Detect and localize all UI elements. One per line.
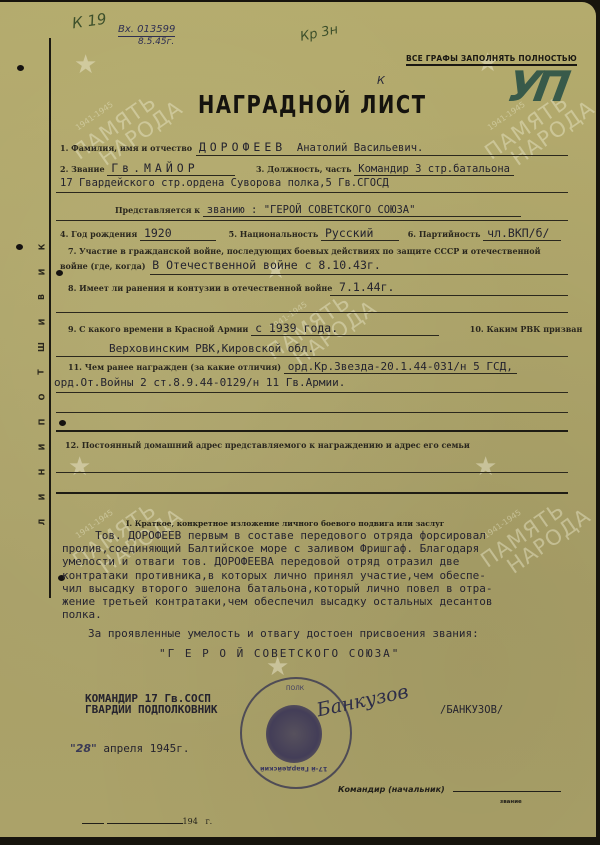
field-wounds: 8. Имеет ли ранения и контузии в отечест… xyxy=(68,280,568,294)
ref-number: Вх. 013599 xyxy=(118,24,175,37)
field-position-continued: 17 Гвардейского стр.ордена Суворова полк… xyxy=(60,177,568,189)
margin-cut-line xyxy=(49,38,51,598)
field-underline xyxy=(196,155,568,156)
position-value: Командир 3 стр.батальона xyxy=(354,163,514,176)
field-full-name: 1. Фамилия, имя и отчество ДОРОФЕЕВ Анат… xyxy=(60,140,568,154)
year-suffix: г. xyxy=(205,817,212,826)
margin-letter: И xyxy=(37,444,47,451)
field-label: 7. Участие в гражданской войне, последую… xyxy=(68,246,541,256)
wounds-value: 7.1.44г. xyxy=(335,280,398,294)
field-label: Представляется к xyxy=(115,205,200,215)
margin-label: К И В И Ш Т О П И Н И Л xyxy=(36,242,48,527)
document-title: НАГРАДНОЙ ЛИСТ xyxy=(198,90,427,119)
ref-date: 8.5.45г. xyxy=(138,37,175,47)
feat-line: чил высадку второго эшелона батальона,ко… xyxy=(62,582,582,595)
signing-day: "28" xyxy=(70,742,97,755)
handwritten-green-mark: УП xyxy=(504,62,568,111)
feat-line: контратаки противника,в которых лично пр… xyxy=(62,569,582,582)
field-underline xyxy=(56,220,568,221)
field-label: 2. Звание xyxy=(60,164,105,174)
watermark-line2: НАРОДА xyxy=(96,97,186,169)
field-underline xyxy=(56,192,568,193)
handwritten-signature: Банкузов xyxy=(315,681,411,722)
signing-date: "28" апреля 1945г. xyxy=(70,742,190,755)
field-underline xyxy=(56,356,568,357)
stamp-emblem-icon xyxy=(266,705,322,763)
margin-letter: И xyxy=(37,319,47,326)
field-label: 1. Фамилия, имя и отчество xyxy=(60,143,192,153)
field-label: 11. Чем ранее награжден (за какие отличи… xyxy=(68,362,281,372)
day-blank xyxy=(82,823,104,824)
watermark-star-icon: ★ xyxy=(68,454,94,480)
section-divider xyxy=(56,430,568,432)
official-stamp: ПОЛК 17-й Гвардейский xyxy=(240,677,352,789)
field-presented-to: Представляется к званию : "ГЕРОЙ СОВЕТСК… xyxy=(115,204,568,217)
field-label: 3. Должность, часть xyxy=(256,164,352,174)
presented-title-value: званию : "ГЕРОЙ СОВЕТСКОГО СОЮЗА" xyxy=(203,204,521,217)
incoming-reference: Вх. 013599 8.5.45г. xyxy=(118,24,175,47)
feat-description: Тов. ДОРОФЕЕВ первым в составе передовог… xyxy=(62,529,582,621)
handwritten-corner-mark: К 19 xyxy=(71,10,108,33)
given-name-value: Анатолий Васильевич. xyxy=(293,142,427,154)
field-label: 9. С какого времени в Красной Армии xyxy=(68,324,248,334)
field-army-since: 9. С какого времени в Красной Армии с 19… xyxy=(68,321,568,336)
margin-letter: Т xyxy=(37,369,47,374)
field-draft-office: Верховинским РВК,Кировской обл. xyxy=(105,342,568,355)
stamp-text-top: ПОЛК xyxy=(286,685,304,692)
month-blank xyxy=(107,823,183,824)
signing-month-year: апреля 1945г. xyxy=(103,742,189,755)
surname-value: ДОРОФЕЕВ xyxy=(195,140,290,154)
prior-awards-value: орд.Кр.Звезда-20.1.44-031/н 5 ГСД, xyxy=(284,360,517,374)
feat-heading: I. Краткое, конкретное изложение личного… xyxy=(126,519,445,528)
ink-blot xyxy=(59,420,66,426)
feat-line: полка. xyxy=(62,608,582,621)
margin-letter: И xyxy=(37,494,47,501)
margin-letter: Л xyxy=(37,519,47,526)
party-value: чл.ВКП/б/ xyxy=(483,226,561,241)
draft-office-value: Верховинским РВК,Кировской обл. xyxy=(105,342,318,355)
fill-instruction: ВСЕ ГРАФЫ ЗАПОЛНЯТЬ ПОЛНОСТЬЮ xyxy=(406,54,577,66)
margin-letter: П xyxy=(37,419,47,426)
field-label: 4. Год рождения xyxy=(60,229,137,239)
feat-line: пролив,соединяющий Балтийское море с зал… xyxy=(62,542,582,555)
watermark-star-icon: ★ xyxy=(74,52,100,78)
army-since-value: с 1939 года. xyxy=(251,321,439,336)
field-rank-position: 2. Звание Гв.МАЙОР 3. Должность, часть К… xyxy=(60,161,568,176)
margin-letter: О xyxy=(37,394,47,401)
field-underline xyxy=(56,412,568,413)
field-underline xyxy=(150,274,568,275)
feat-line: жение третьей контратаки,чем обеспечил в… xyxy=(62,595,582,608)
date-template: 194 г. xyxy=(82,817,212,826)
signer-position-line2: ГВАРДИИ ПОДПОЛКОВНИК xyxy=(85,704,217,715)
field-label: 5. Национальность xyxy=(229,229,319,239)
field-prior-awards-continued: орд.От.Войны 2 ст.8.9.44-0129/н 11 Гв.Ар… xyxy=(54,376,568,389)
commander-label: Командир (начальник) xyxy=(338,785,445,794)
commander-blank xyxy=(453,791,561,792)
commander-signature-line: Командир (начальник) xyxy=(338,785,561,794)
rank-value: Гв.МАЙОР xyxy=(107,161,235,176)
margin-letter: И xyxy=(37,269,47,276)
prior-awards-value-continued: орд.От.Войны 2 ст.8.9.44-0129/н 11 Гв.Ар… xyxy=(54,376,345,389)
ink-blot xyxy=(17,65,24,71)
award-sheet-page: К И В И Ш Т О П И Н И Л ★ 1941-1945 ПАМЯ… xyxy=(0,2,596,837)
combat-participation-value: В Отечественной войне с 8.10.43г. xyxy=(148,258,384,272)
ink-blot xyxy=(16,244,23,250)
feat-line: умелости и отваги тов. ДОРОФЕЕВА передов… xyxy=(62,555,582,568)
field-combat-participation-value: войне (где, когда) В Отечественной войне… xyxy=(60,258,568,272)
field-underline xyxy=(56,392,568,393)
handwritten-kr-mark: Кр 3н xyxy=(299,22,340,45)
margin-letter: Н xyxy=(37,469,47,476)
stamp-text-bottom: 17-й Гвардейский xyxy=(260,765,327,773)
margin-letter: В xyxy=(37,294,47,300)
signer-name: /БАНКУЗОВ/ xyxy=(440,704,503,716)
field-underline xyxy=(56,472,568,473)
rank-caption: звание xyxy=(500,799,522,805)
position-value-continued: 17 Гвардейского стр.ордена Суворова полк… xyxy=(60,177,389,189)
margin-letter: К xyxy=(37,244,47,251)
year-prefix: 194 xyxy=(183,817,198,826)
handwritten-k-mark: К xyxy=(377,74,385,87)
field-home-address: 12. Постоянный домашний адрес представля… xyxy=(65,440,568,451)
feat-line: Тов. ДОРОФЕЕВ первым в составе передовог… xyxy=(62,529,582,542)
margin-letter: Ш xyxy=(37,342,47,352)
field-label: 10. Каким РВК призван xyxy=(470,324,583,334)
signer-position: КОМАНДИР 17 Гв.СОСП ГВАРДИИ ПОДПОЛКОВНИК xyxy=(85,693,217,715)
field-label: 12. Постоянный домашний адрес представля… xyxy=(65,440,470,450)
birth-year-value: 1920 xyxy=(140,226,216,241)
field-prior-awards: 11. Чем ранее награжден (за какие отличи… xyxy=(68,360,568,374)
field-label: 6. Партийность xyxy=(408,229,481,239)
section-divider xyxy=(56,492,568,494)
watermark-star-icon: ★ xyxy=(474,454,500,480)
field-underline xyxy=(330,295,568,296)
award-title: "Г Е Р О Й СОВЕТСКОГО СОЮЗА" xyxy=(159,647,400,660)
nationality-value: Русский xyxy=(321,226,399,241)
field-birth-nationality-party: 4. Год рождения 1920 5. Национальность Р… xyxy=(60,226,568,241)
recommendation-text: За проявленные умелость и отвагу достоен… xyxy=(88,627,479,640)
field-label: войне (где, когда) xyxy=(60,261,146,271)
field-combat-participation: 7. Участие в гражданской войне, последую… xyxy=(68,246,568,257)
field-label: 8. Имеет ли ранения и контузии в отечест… xyxy=(68,283,332,293)
field-underline xyxy=(56,312,568,313)
